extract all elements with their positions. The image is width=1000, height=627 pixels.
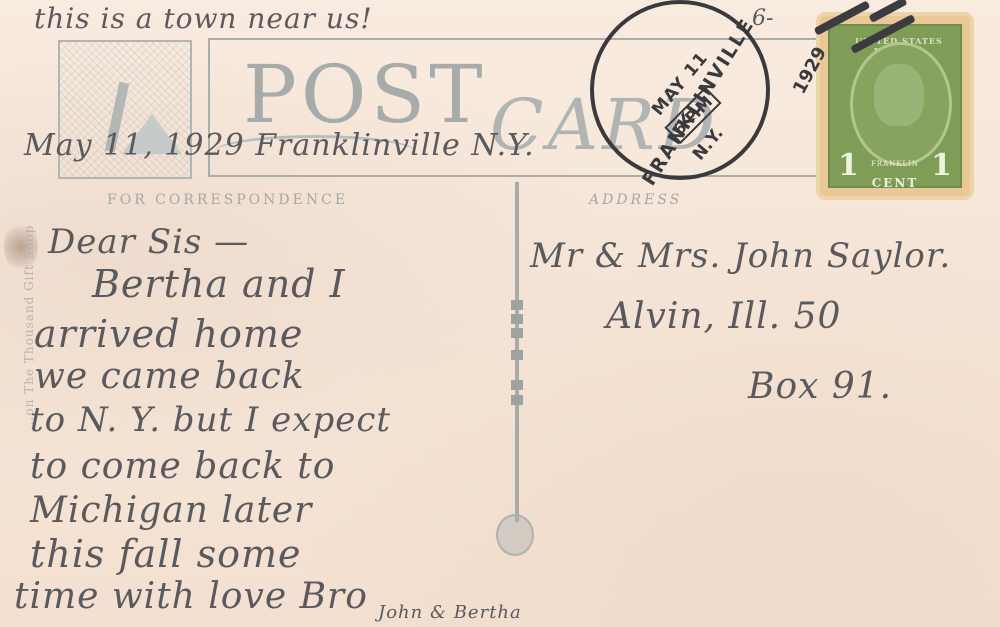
postage-stamp: UNITED STATES POSTAGE FRANKLIN 1 1 CENT — [820, 16, 970, 196]
frame-line — [208, 175, 818, 177]
stamp-denomination: CENT — [830, 176, 960, 190]
divider-ornament — [511, 300, 523, 310]
divider-medallion — [496, 514, 534, 556]
message-line: time with love Bro — [14, 576, 368, 617]
message-line: to come back to — [30, 446, 335, 487]
divider-line — [515, 182, 519, 522]
message-line: this fall some — [30, 532, 301, 576]
address-label: ADDRESS — [589, 192, 682, 208]
address-line: Alvin, Ill. 50 — [606, 296, 841, 337]
top-note: this is a town near us! — [34, 2, 373, 35]
dateline: May 11, 1929 Franklinville N.Y. — [24, 128, 535, 163]
postmark-extra-mark: 6- — [752, 6, 773, 31]
postcard-back: POST CARD FOR CORRESPONDENCE ADDRESS ...… — [0, 0, 1000, 627]
address-line: Mr & Mrs. John Saylor. — [530, 236, 951, 276]
message-line: to N. Y. but I expect — [30, 400, 391, 440]
stamp-face: UNITED STATES POSTAGE FRANKLIN 1 1 CENT — [828, 24, 962, 188]
franklin-portrait-icon — [874, 64, 924, 126]
address-line: Box 91. — [748, 366, 892, 407]
message-line: Michigan later — [30, 490, 312, 531]
message-line: Bertha and I — [92, 262, 346, 306]
postmark-circle: FRANKLINVILLE MAY 11 6 P.M N.Y. — [590, 0, 770, 180]
correspondence-label: FOR CORRESPONDENCE — [107, 192, 348, 208]
signature: John & Bertha — [378, 602, 522, 623]
message-line: Dear Sis — — [48, 222, 249, 262]
message-line: we came back — [34, 356, 305, 397]
message-line: arrived home — [34, 312, 303, 356]
